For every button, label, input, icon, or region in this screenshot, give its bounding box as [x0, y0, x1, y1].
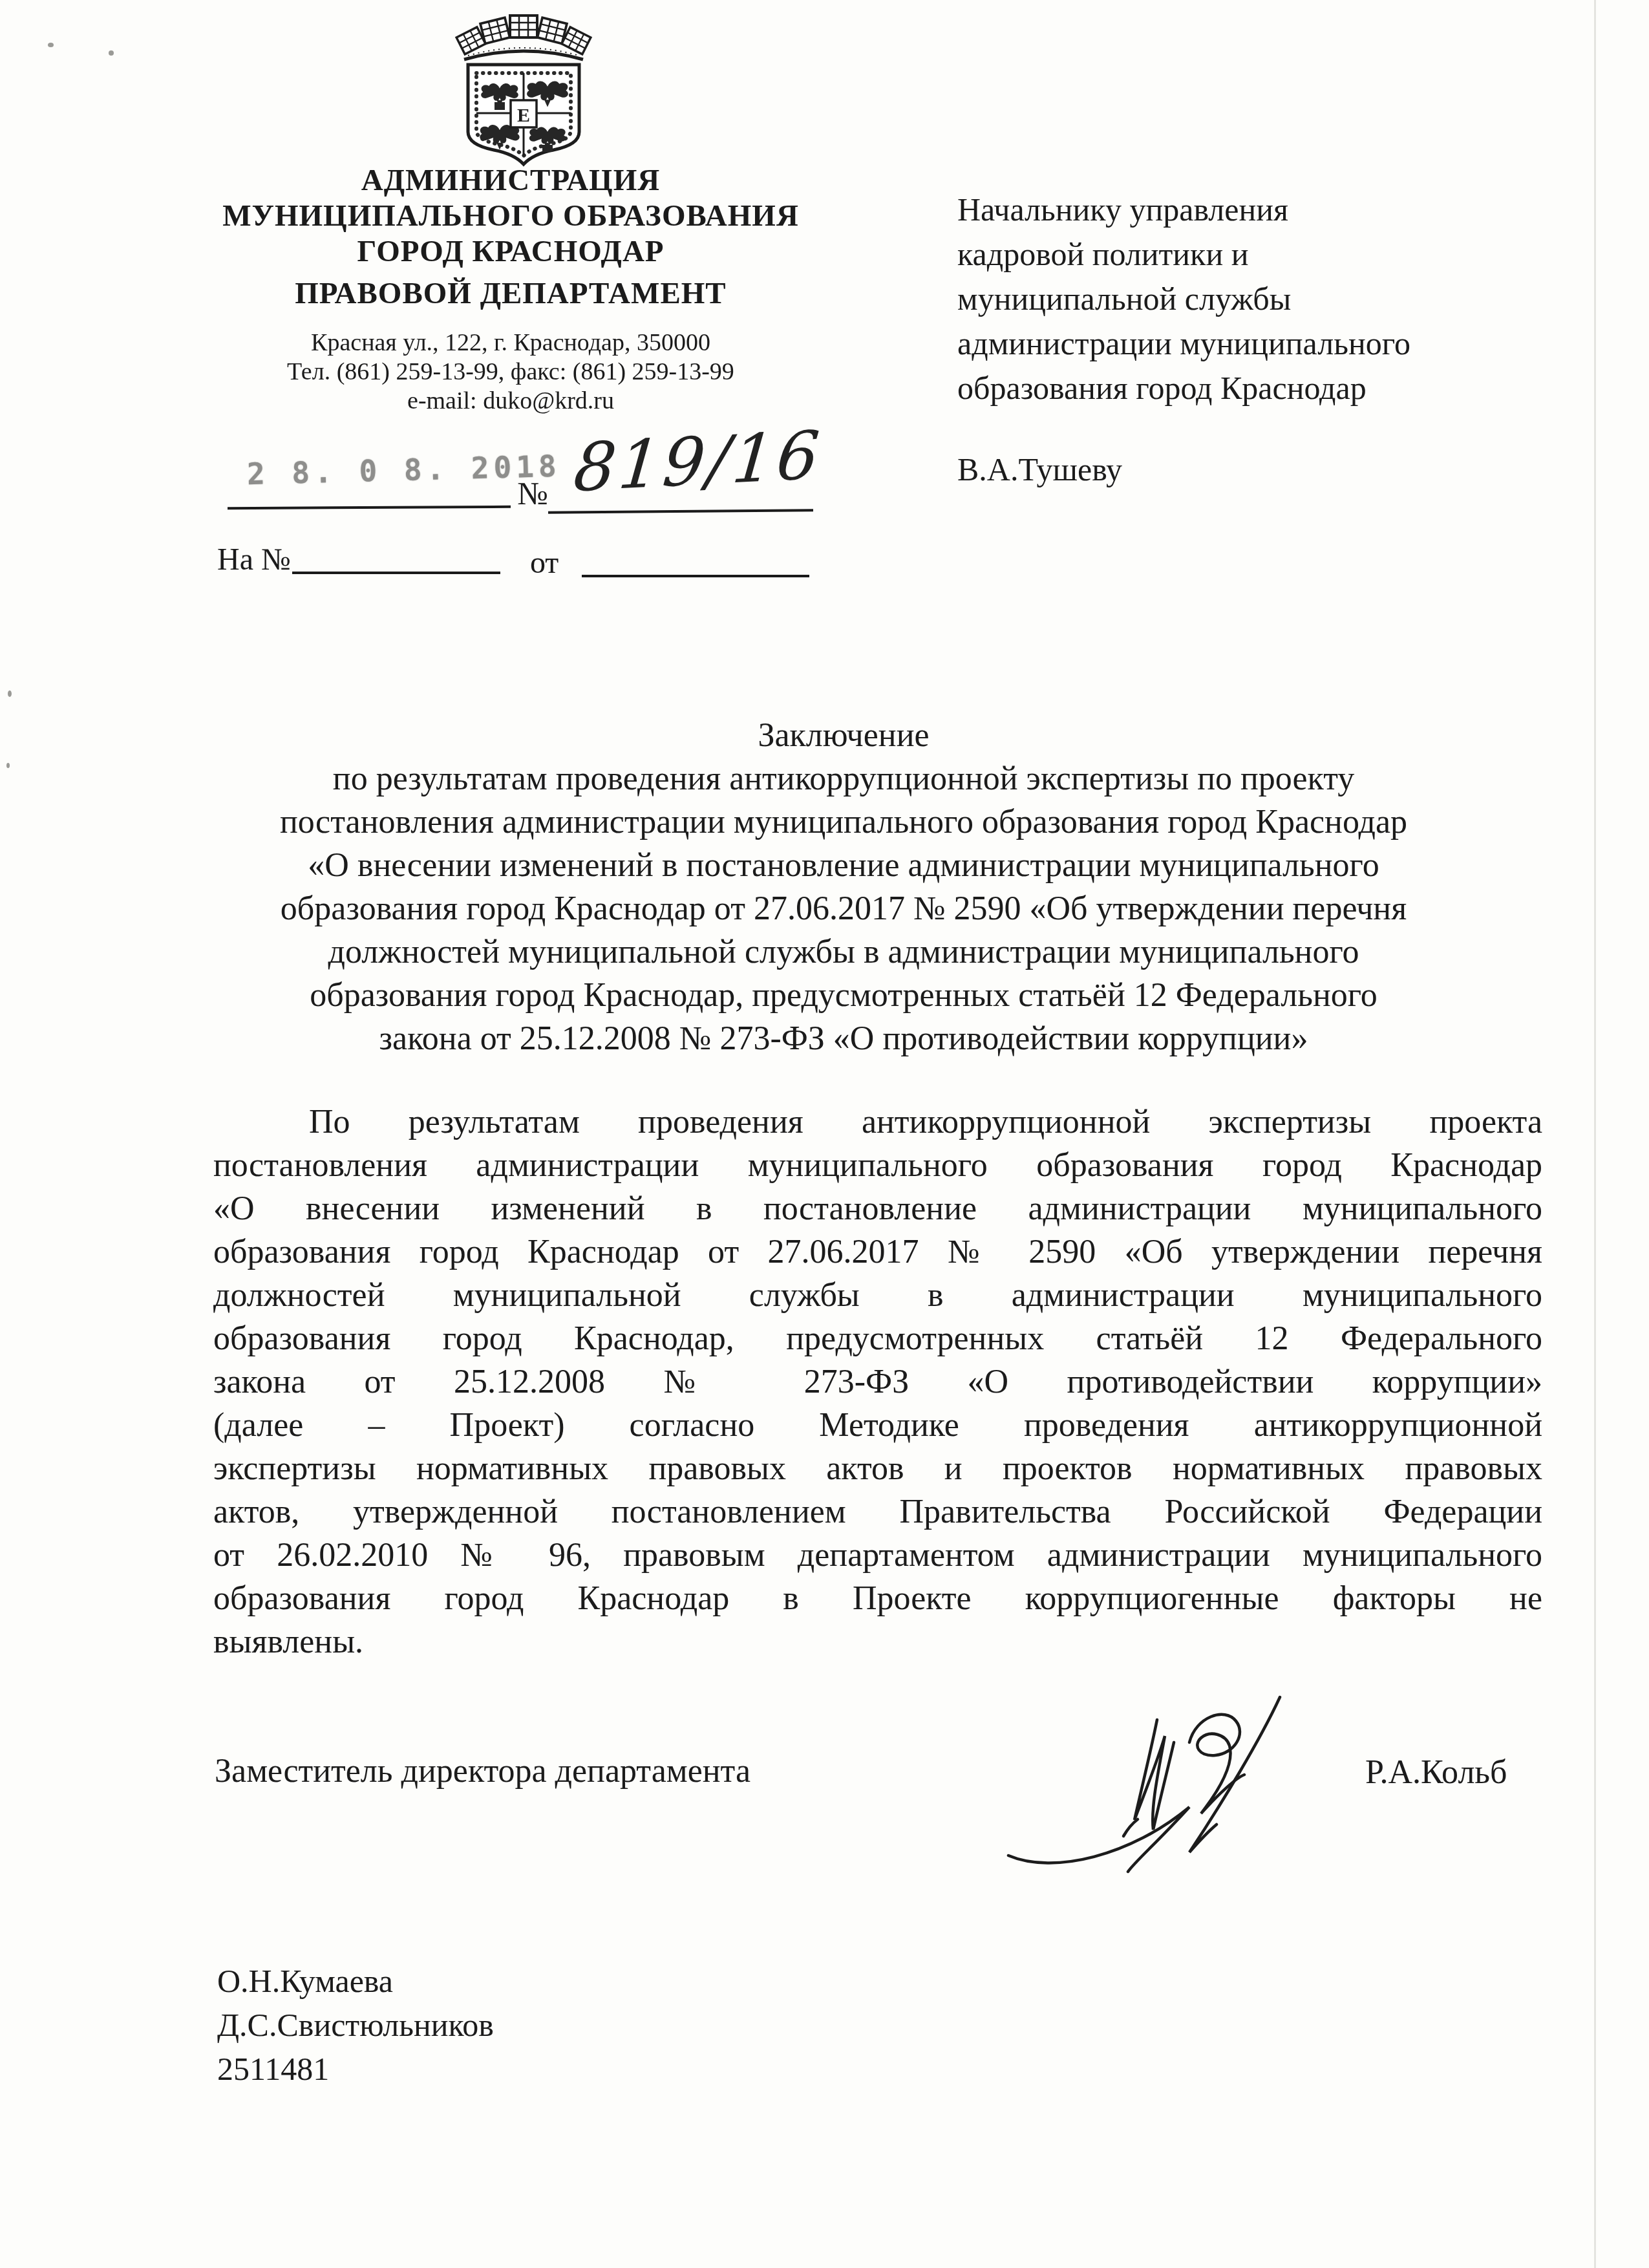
- department-name: ПРАВОВОЙ ДЕПАРТАМЕНТ: [191, 276, 831, 312]
- body-line: экспертизы нормативных правовых актов и …: [213, 1447, 1542, 1490]
- body-line: от 26.02.2010 № 96, правовым департамент…: [213, 1534, 1542, 1577]
- signer-name: Р.А.Кольб: [1365, 1753, 1507, 1792]
- outgoing-number-handwritten: 819/16: [571, 417, 825, 508]
- body-line: По результатам проведения антикоррупцион…: [213, 1100, 1542, 1144]
- body-line: постановления администрации муниципально…: [213, 1144, 1542, 1187]
- executors-block: О.Н.Кумаева Д.С.Свистюльников 2511481: [217, 1959, 494, 2091]
- scan-speck: [6, 763, 10, 768]
- date-underline: [228, 506, 511, 509]
- org-email: e-mail: duko@krd.ru: [191, 387, 831, 416]
- org-address: Красная ул., 122, г. Краснодар, 350000: [191, 328, 831, 358]
- scan-speck: [8, 690, 12, 697]
- title-line: образования город Краснодар от 27.06.201…: [194, 887, 1493, 930]
- title-line: должностей муниципальной службы в админи…: [194, 930, 1493, 974]
- scanned-letter-page: Е АДМИНИСТРАЦИЯ МУНИЦИПАЛЬНОГО ОБРАЗОВАН…: [0, 0, 1649, 2268]
- title-heading: Заключение: [194, 714, 1493, 757]
- title-line: постановления администрации муниципально…: [194, 800, 1493, 844]
- body-line: должностей муниципальной службы в админи…: [213, 1274, 1542, 1317]
- body-line: закона от 25.12.2008 № 273-ФЗ «О противо…: [213, 1360, 1542, 1404]
- body-paragraph: По результатам проведения антикоррупцион…: [213, 1100, 1542, 1664]
- recipient-line: кадровой политики и: [957, 232, 1578, 277]
- scan-edge-line: [1594, 0, 1596, 2268]
- signature-scribble: [995, 1681, 1306, 1891]
- emblem-monogram: Е: [517, 105, 530, 126]
- executor-phone: 2511481: [217, 2047, 494, 2091]
- executor-name: Д.С.Свистюльников: [217, 2003, 494, 2047]
- reply-number-underline: [292, 572, 500, 574]
- title-line: «О внесении изменений в постановление ад…: [194, 844, 1493, 887]
- signer-position: Заместитель директора департамента: [215, 1752, 750, 1790]
- date-stamp: 2 8. 0 8. 2018: [246, 449, 561, 492]
- recipient-line: администрации муниципального: [957, 321, 1578, 366]
- reply-date-label: от: [530, 545, 559, 581]
- org-name-line3: ГОРОД КРАСНОДАР: [191, 234, 831, 270]
- title-line: образования город Краснодар, предусмотре…: [194, 974, 1493, 1017]
- title-line: по результатам проведения антикоррупцион…: [194, 757, 1493, 800]
- body-line: образования город Краснодар от 27.06.201…: [213, 1230, 1542, 1274]
- body-line: (далее – Проект) согласно Методике прове…: [213, 1404, 1542, 1447]
- number-underline: [548, 509, 813, 514]
- org-name-line2: МУНИЦИПАЛЬНОГО ОБРАЗОВАНИЯ: [191, 198, 831, 234]
- document-title: Заключение по результатам проведения ант…: [194, 714, 1493, 1060]
- recipient-name: В.А.Тушеву: [957, 447, 1578, 492]
- recipient-line: Начальнику управления: [957, 187, 1578, 232]
- body-line: образования город Краснодар, предусмотре…: [213, 1317, 1542, 1360]
- coat-of-arms-krasnodar-icon: Е: [450, 5, 597, 170]
- reply-date-underline: [582, 575, 809, 577]
- scan-speck: [48, 43, 54, 47]
- body-line: образования город Краснодар в Проекте ко…: [213, 1577, 1542, 1620]
- body-line: выявлены.: [213, 1620, 1542, 1664]
- body-line: «О внесении изменений в постановление ад…: [213, 1187, 1542, 1230]
- title-line: закона от 25.12.2008 № 273-ФЗ «О противо…: [194, 1017, 1493, 1060]
- recipient-line: образования город Краснодар: [957, 366, 1578, 411]
- recipient-line: муниципальной службы: [957, 277, 1578, 321]
- letterhead: АДМИНИСТРАЦИЯ МУНИЦИПАЛЬНОГО ОБРАЗОВАНИЯ…: [191, 163, 831, 416]
- number-label: №: [517, 475, 548, 512]
- recipient-block: Начальнику управления кадровой политики …: [957, 187, 1578, 492]
- org-phone: Тел. (861) 259-13-99, факс: (861) 259-13…: [191, 358, 831, 387]
- scan-speck: [109, 50, 114, 56]
- body-line: актов, утвержденной постановлением Прави…: [213, 1490, 1542, 1534]
- reply-number-label: На №: [217, 542, 291, 577]
- org-name-line1: АДМИНИСТРАЦИЯ: [191, 163, 831, 198]
- executor-name: О.Н.Кумаева: [217, 1959, 494, 2003]
